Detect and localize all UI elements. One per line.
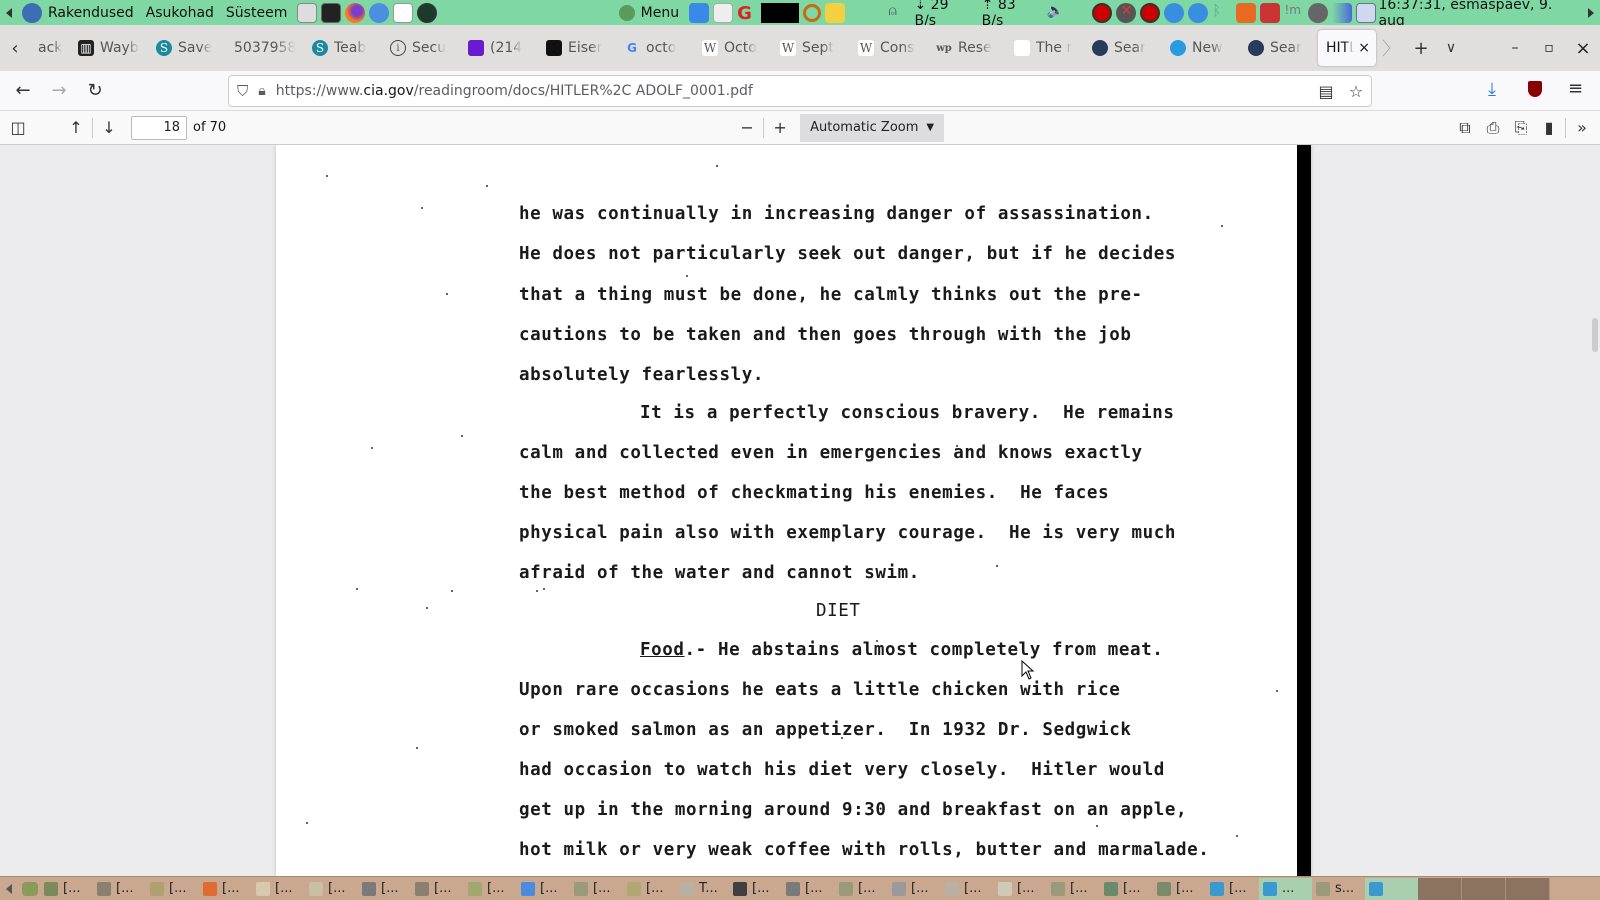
firewall-icon[interactable] bbox=[1260, 3, 1280, 23]
s-icon: S bbox=[312, 40, 328, 56]
taskbar-item[interactable]: [... bbox=[941, 878, 994, 900]
tab-7[interactable]: (214 bbox=[460, 30, 538, 66]
bluetooth-icon[interactable]: ᛒ bbox=[1212, 3, 1232, 23]
document-line: Food.- He abstains almost completely fro… bbox=[640, 640, 1163, 660]
lock-icon[interactable]: 🔒︎ bbox=[258, 83, 265, 99]
scan-speck bbox=[543, 588, 545, 590]
google-icon: G bbox=[624, 40, 640, 56]
document-line: that a thing must be done, he calmly thi… bbox=[519, 285, 1143, 305]
tab-active[interactable]: HITLER × bbox=[1318, 30, 1376, 66]
battery-icon[interactable] bbox=[1356, 3, 1376, 23]
taskbar-item-label: [... bbox=[222, 881, 239, 896]
tab-bar: ‹ ack ▥Wayback SSave 5037958 STeab iSecu… bbox=[0, 25, 1600, 71]
window-icon bbox=[945, 882, 959, 896]
window-icon bbox=[1369, 882, 1383, 896]
blank-page-icon bbox=[1014, 40, 1030, 56]
page-number-input[interactable] bbox=[131, 116, 187, 140]
document-line: the best method of checkmating his enemi… bbox=[519, 483, 1109, 503]
window-icon bbox=[309, 882, 323, 896]
scan-speck bbox=[841, 737, 843, 739]
taskbar-item[interactable]: [... bbox=[1206, 878, 1259, 900]
scan-speck bbox=[1276, 690, 1278, 692]
downloads-icon[interactable]: ⤓ bbox=[1488, 79, 1496, 100]
taskbar-item[interactable]: [... bbox=[782, 878, 835, 900]
mouse-cursor-icon bbox=[1021, 660, 1035, 680]
app-menu-icon[interactable]: ≡ bbox=[1568, 78, 1583, 99]
window-icon bbox=[362, 882, 376, 896]
taskbar-item-label: [... bbox=[646, 881, 663, 896]
zoom-select[interactable]: Automatic Zoom ▼ bbox=[800, 114, 944, 142]
taskbar-item-label: [... bbox=[752, 881, 769, 896]
taskbar-item-label: [... bbox=[487, 881, 504, 896]
scan-speck bbox=[451, 590, 453, 592]
taskbar-item-label: s... bbox=[1335, 881, 1354, 896]
window-icon bbox=[1210, 882, 1224, 896]
taskbar-item[interactable]: [... bbox=[411, 878, 464, 900]
tracking-shield-icon[interactable]: ⛉ bbox=[237, 82, 248, 100]
taskbar-item-label: [... bbox=[275, 881, 292, 896]
window-icon bbox=[1263, 882, 1277, 896]
scan-speck bbox=[461, 435, 463, 437]
scan-speck bbox=[446, 293, 448, 295]
taskbar-item-label: [... bbox=[116, 881, 133, 896]
taskbar-item[interactable]: [... bbox=[1047, 878, 1100, 900]
taskbar-item[interactable]: [... bbox=[517, 878, 570, 900]
archive-icon: ▥ bbox=[78, 40, 94, 56]
signal-icon[interactable] bbox=[1332, 3, 1352, 23]
taskbar-item-label: [... bbox=[593, 881, 610, 896]
menu-rakendused[interactable]: Rakendused bbox=[48, 5, 134, 21]
scan-speck bbox=[306, 822, 308, 824]
window-icon bbox=[256, 882, 270, 896]
scan-edge bbox=[1297, 145, 1311, 876]
bookmark-star-icon[interactable]: ☆ bbox=[1341, 82, 1371, 101]
mail-icon bbox=[468, 40, 484, 56]
scan-speck bbox=[536, 590, 538, 592]
document-line: hot milk or very weak coffee with rolls,… bbox=[519, 840, 1209, 860]
gtk-icon[interactable]: G bbox=[737, 3, 757, 23]
taskbar-item[interactable]: [... bbox=[358, 878, 411, 900]
tab-15[interactable]: Sear bbox=[1084, 30, 1162, 66]
window-icon bbox=[627, 882, 641, 896]
taskbar-empty-slot[interactable] bbox=[1418, 878, 1462, 900]
scan-speck bbox=[486, 185, 488, 187]
taskbar-item[interactable]: s... bbox=[1312, 878, 1365, 900]
taskbar-item[interactable]: [... bbox=[570, 878, 623, 900]
tab-16[interactable]: New bbox=[1162, 30, 1240, 66]
zoom-out-button[interactable]: − bbox=[733, 115, 761, 141]
minimize-button[interactable]: – bbox=[1498, 33, 1532, 63]
taskbar-empty-slot[interactable] bbox=[1506, 878, 1550, 900]
panel-scroll-left-icon[interactable] bbox=[6, 8, 12, 18]
system-panel: Rakendused Asukohad Süsteem Menu G ⍝ ⇣ 2… bbox=[0, 0, 1600, 25]
cia-icon bbox=[1248, 40, 1264, 56]
taskbar-item-label: T... bbox=[699, 881, 718, 896]
window-icon bbox=[786, 882, 800, 896]
record-icon-2[interactable] bbox=[1140, 3, 1160, 23]
presentation-mode-icon[interactable]: ⧉ bbox=[1451, 115, 1479, 141]
scan-speck bbox=[416, 747, 418, 749]
taskbar-item-label: [... bbox=[328, 881, 345, 896]
scan-speck bbox=[371, 447, 373, 449]
taskbar-item-label: [... bbox=[63, 881, 80, 896]
window-icon bbox=[97, 882, 111, 896]
menu-asukohad[interactable]: Asukohad bbox=[146, 5, 214, 21]
taskbar-item-label: ... bbox=[1282, 881, 1294, 896]
scan-speck bbox=[1096, 825, 1098, 827]
tab-13[interactable]: wpRese bbox=[928, 30, 1006, 66]
tab-11[interactable]: WSept bbox=[772, 30, 850, 66]
taskbar-item-label: [... bbox=[1017, 881, 1034, 896]
document-line: DIET bbox=[816, 601, 861, 621]
taskbar-item-label: [... bbox=[1070, 881, 1087, 896]
wikipedia-icon: W bbox=[858, 40, 874, 56]
window-icon bbox=[150, 882, 164, 896]
thunderbird-icon[interactable] bbox=[369, 3, 389, 23]
window-icon bbox=[521, 882, 535, 896]
pdf-viewer[interactable]: he was continually in increasing danger … bbox=[0, 145, 1600, 876]
mint-menu-icon[interactable] bbox=[619, 5, 635, 21]
wikipedia-icon: W bbox=[780, 40, 796, 56]
maximize-button[interactable]: ▫ bbox=[1532, 33, 1566, 63]
document-line: absolutely fearlessly. bbox=[519, 365, 764, 385]
document-line: had occasion to watch his diet very clos… bbox=[519, 760, 1165, 780]
taskbar-item-label: [... bbox=[540, 881, 557, 896]
menu-button[interactable]: Menu bbox=[641, 5, 679, 21]
pdf-page: he was continually in increasing danger … bbox=[276, 145, 1311, 876]
window-icon bbox=[1316, 882, 1330, 896]
list-all-tabs-button[interactable]: ∨ bbox=[1436, 33, 1466, 63]
tab-17[interactable]: Sear bbox=[1240, 30, 1318, 66]
tabs-scroll-right-icon[interactable]: 〉 bbox=[1376, 33, 1406, 63]
window-icon bbox=[839, 882, 853, 896]
sidebar-toggle-icon[interactable]: ◫ bbox=[4, 115, 32, 141]
taskbar-item[interactable]: [... bbox=[252, 878, 305, 900]
taskbar-item-label: [... bbox=[858, 881, 875, 896]
wp-icon: wp bbox=[936, 40, 952, 56]
show-desktop-icon[interactable] bbox=[22, 882, 38, 896]
wikipedia-icon: W bbox=[702, 40, 718, 56]
desktop: Rakendused Asukohad Süsteem Menu G ⍝ ⇣ 2… bbox=[0, 0, 1600, 900]
ublock-icon[interactable] bbox=[1528, 81, 1542, 97]
divider bbox=[92, 118, 93, 138]
scan-speck bbox=[686, 275, 688, 277]
tab-5[interactable]: STeab bbox=[304, 30, 382, 66]
zoom-in-button[interactable]: + bbox=[766, 115, 794, 141]
tab-10[interactable]: WOcto bbox=[694, 30, 772, 66]
document-line: It is a perfectly conscious bravery. He … bbox=[640, 403, 1175, 423]
taskbar-item-label: [... bbox=[1123, 881, 1140, 896]
taskbar-item[interactable]: [... bbox=[623, 878, 676, 900]
document-line: afraid of the water and cannot swim. bbox=[519, 563, 920, 583]
document-line: physical pain also with exemplary courag… bbox=[519, 523, 1176, 543]
taskbar-item-label: [... bbox=[1229, 881, 1246, 896]
save-icon[interactable]: ⎘ bbox=[1507, 115, 1535, 141]
scan-speck bbox=[716, 165, 718, 167]
back-button[interactable]: ← bbox=[6, 75, 40, 107]
print-icon[interactable]: ⎙ bbox=[1479, 115, 1507, 141]
tasks-icon[interactable] bbox=[689, 3, 709, 23]
scan-speck bbox=[876, 640, 878, 642]
shield-app-icon[interactable] bbox=[1236, 3, 1256, 23]
scan-speck bbox=[996, 565, 998, 567]
taskbar-item-label: [... bbox=[381, 881, 398, 896]
window-icon bbox=[680, 882, 694, 896]
firefox-icon[interactable] bbox=[345, 3, 365, 23]
previous-page-button[interactable]: ↑ bbox=[62, 115, 90, 141]
fedora-icon[interactable] bbox=[22, 3, 42, 23]
volume-icon[interactable]: 🔈 bbox=[1047, 3, 1067, 23]
telegram-icon-2[interactable] bbox=[1188, 3, 1208, 23]
search-magnifier-icon[interactable] bbox=[803, 4, 821, 22]
taskbar-item[interactable]: [... bbox=[146, 878, 199, 900]
divider bbox=[1565, 118, 1566, 138]
taskbar-item[interactable]: [... bbox=[199, 878, 252, 900]
text-editor-icon[interactable] bbox=[393, 3, 413, 23]
taskbar-item[interactable]: [... bbox=[1153, 878, 1206, 900]
terminal-icon[interactable] bbox=[321, 3, 341, 23]
eisen-icon bbox=[546, 40, 562, 56]
window-icon bbox=[468, 882, 482, 896]
forward-button[interactable]: → bbox=[42, 75, 76, 107]
tabs-scroll-left-icon[interactable]: ‹ bbox=[0, 33, 30, 63]
new-tab-button[interactable]: + bbox=[1406, 33, 1436, 63]
window-icon bbox=[1157, 882, 1171, 896]
taskbar-item-label: [... bbox=[964, 881, 981, 896]
url-bar[interactable]: ⛉ 🔒︎ https://www.cia.gov/readingroom/doc… bbox=[228, 75, 1372, 107]
taskbar-item[interactable] bbox=[1365, 878, 1418, 900]
scan-speck bbox=[326, 175, 328, 177]
tab-1[interactable]: ack bbox=[30, 30, 70, 66]
taskbar-empty-slot[interactable] bbox=[1462, 878, 1506, 900]
scan-speck bbox=[421, 207, 423, 209]
window-icon bbox=[1104, 882, 1118, 896]
taskbar-item-label: [... bbox=[1176, 881, 1193, 896]
mail-timer-icon[interactable] bbox=[713, 3, 733, 23]
taskbar-item-label: [... bbox=[434, 881, 451, 896]
nav-bar: ← → ↻ ⛉ 🔒︎ https://www.cia.gov/readingro… bbox=[0, 71, 1600, 111]
scan-speck bbox=[356, 588, 358, 590]
tab-8[interactable]: Eiser bbox=[538, 30, 616, 66]
tools-menu-icon[interactable]: » bbox=[1568, 115, 1596, 141]
window-icon bbox=[415, 882, 429, 896]
scan-speck bbox=[426, 607, 428, 609]
tab-close-icon[interactable]: × bbox=[1358, 40, 1370, 56]
taskbar-item[interactable]: T... bbox=[676, 878, 729, 900]
document-line: calm and collected even in emergencies a… bbox=[519, 443, 1143, 463]
taskbar-item[interactable]: [... bbox=[93, 878, 146, 900]
page-count: of 70 bbox=[193, 120, 226, 135]
document-line: he was continually in increasing danger … bbox=[519, 204, 1154, 224]
tab-9[interactable]: Gocto bbox=[616, 30, 694, 66]
document-line: He does not particularly seek out danger… bbox=[519, 244, 1176, 264]
new-icon bbox=[1170, 40, 1186, 56]
taskbar-item[interactable]: [... bbox=[305, 878, 358, 900]
taskbar-item-label: [... bbox=[805, 881, 822, 896]
im-icon[interactable]: !m bbox=[1284, 3, 1304, 23]
tab-14[interactable]: The r bbox=[1006, 30, 1084, 66]
next-page-button[interactable]: ↓ bbox=[95, 115, 123, 141]
window-icon bbox=[203, 882, 217, 896]
pdf-toolbar: ◫ ↑ ↓ of 70 − + Automatic Zoom ▼ ⧉ ⎙ ⎘ ▮… bbox=[0, 111, 1600, 145]
telegram-icon[interactable] bbox=[1164, 3, 1184, 23]
taskbar-item[interactable]: [... bbox=[464, 878, 517, 900]
taskbar: [...[...[...[...[...[...[...[...[...[...… bbox=[0, 876, 1600, 900]
taskbar-item[interactable]: [... bbox=[994, 878, 1047, 900]
bookmark-icon[interactable]: ▮ bbox=[1535, 115, 1563, 141]
taskbar-item[interactable]: [... bbox=[1100, 878, 1153, 900]
close-window-button[interactable]: × bbox=[1566, 33, 1600, 63]
tab-4[interactable]: 5037958 bbox=[226, 30, 304, 66]
network-icon[interactable]: ⍝ bbox=[888, 3, 908, 23]
window-icon bbox=[733, 882, 747, 896]
window-icon bbox=[574, 882, 588, 896]
scan-speck bbox=[1221, 225, 1223, 227]
close-tray-icon[interactable]: ✕ bbox=[1116, 3, 1136, 23]
taskbar-scroll-left-icon[interactable] bbox=[6, 884, 12, 894]
panel-scroll-right-icon[interactable] bbox=[1588, 8, 1594, 18]
document-line: or smoked salmon as an appetizer. In 193… bbox=[519, 720, 1131, 740]
scrollbar-thumb[interactable] bbox=[1592, 318, 1598, 352]
document-line: Upon rare occasions he eats a little chi… bbox=[519, 680, 1120, 700]
audio-visualizer-icon[interactable] bbox=[761, 3, 799, 23]
file-cabinet-icon[interactable] bbox=[297, 3, 317, 23]
taskbar-item-label: [... bbox=[911, 881, 928, 896]
record-icon[interactable] bbox=[1092, 3, 1112, 23]
divider bbox=[763, 118, 764, 138]
reload-button[interactable]: ↻ bbox=[78, 75, 112, 107]
scan-speck bbox=[1071, 410, 1073, 412]
tab-2[interactable]: ▥Wayback bbox=[70, 30, 148, 66]
s-icon: S bbox=[156, 40, 172, 56]
scan-speck bbox=[956, 445, 958, 447]
window-icon bbox=[892, 882, 906, 896]
taskbar-item[interactable]: [... bbox=[40, 878, 93, 900]
reader-view-icon[interactable]: ▤ bbox=[1311, 82, 1341, 101]
window-icon bbox=[1051, 882, 1065, 896]
camera-icon[interactable] bbox=[417, 3, 437, 23]
tab-12[interactable]: WCons bbox=[850, 30, 928, 66]
taskbar-item[interactable]: [... bbox=[835, 878, 888, 900]
scan-speck bbox=[1236, 835, 1238, 837]
taskbar-item-label: [... bbox=[169, 881, 186, 896]
tab-3[interactable]: SSave bbox=[148, 30, 226, 66]
menu-systeem[interactable]: Süsteem bbox=[226, 5, 287, 21]
document-line: get up in the morning around 9:30 and br… bbox=[519, 800, 1187, 820]
chevron-down-icon: ▼ bbox=[926, 122, 934, 133]
redshift-icon[interactable] bbox=[1308, 3, 1328, 23]
notes-icon[interactable] bbox=[825, 3, 845, 23]
url-text[interactable]: https://www.cia.gov/readingroom/docs/HIT… bbox=[276, 83, 753, 99]
tab-6[interactable]: iSecu bbox=[382, 30, 460, 66]
taskbar-item[interactable]: [... bbox=[729, 878, 782, 900]
taskbar-item[interactable]: ... bbox=[1259, 878, 1312, 900]
taskbar-item[interactable]: [... bbox=[888, 878, 941, 900]
cia-icon bbox=[1092, 40, 1108, 56]
window-icon bbox=[998, 882, 1012, 896]
window-icon bbox=[44, 882, 58, 896]
document-line: cautions to be taken and then goes throu… bbox=[519, 325, 1131, 345]
info-icon: i bbox=[390, 40, 406, 56]
